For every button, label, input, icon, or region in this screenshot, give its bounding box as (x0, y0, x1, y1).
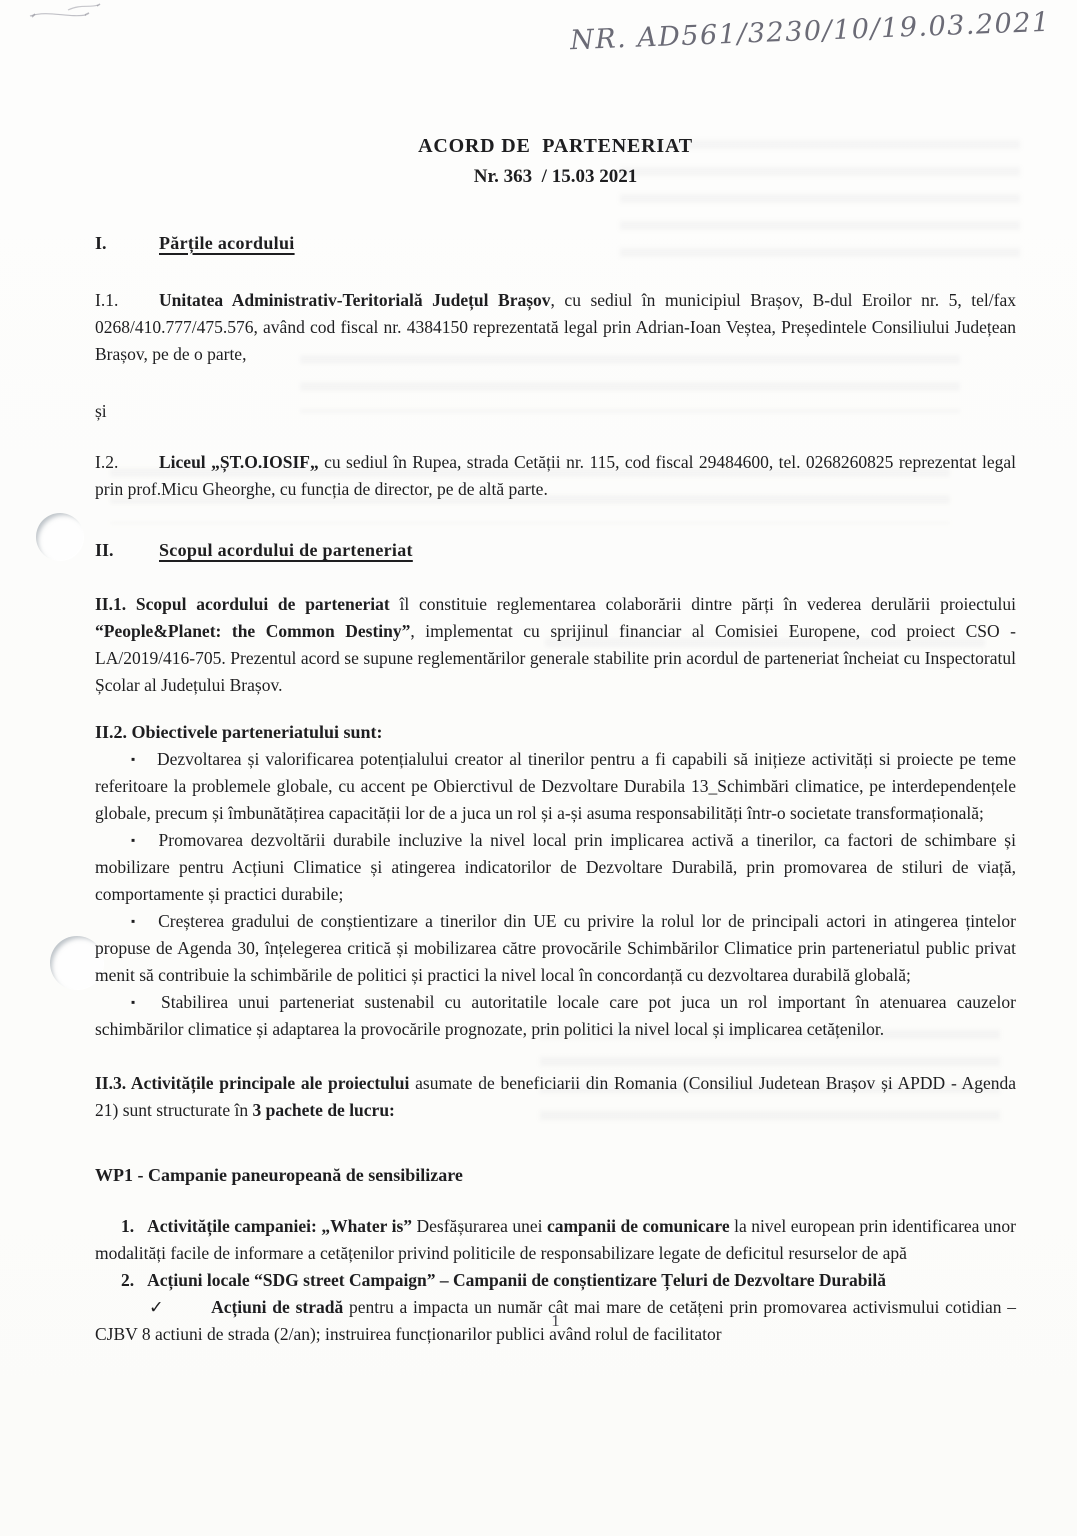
wp1-heading: WP1 - Campanie paneuropeană de sensibili… (95, 1162, 1016, 1189)
square-bullet-icon: ▪ (131, 752, 137, 766)
objective-item: ▪Creșterea gradului de conștientizare a … (95, 908, 1016, 989)
wp1-item-2: 2.Acțiuni locale “SDG street Campaign” –… (95, 1267, 1016, 1294)
paragraph-i2-number: I.2. (95, 449, 159, 476)
paragraph-i1-number: I.1. (95, 287, 159, 314)
section-i-heading: I.Părțile acordului (95, 230, 1016, 257)
objective-item: ▪Promovarea dezvoltării durabile incluzi… (95, 827, 1016, 908)
party-2-name: Liceul „ȘT.O.IOSIF„ (159, 452, 319, 472)
objective-item: ▪Dezvoltarea și valorificarea potențialu… (95, 746, 1016, 827)
document-title: ACORD DE PARTENERIAT (95, 133, 1016, 160)
section-i-number: I. (95, 230, 159, 257)
square-bullet-icon: ▪ (131, 833, 139, 847)
section-ii-title: Scopul acordului de parteneriat (159, 540, 413, 560)
paragraph-ii3: II.3. Activitățile principale ale proiec… (95, 1070, 1016, 1124)
objective-text: Creșterea gradului de conștientizare a t… (95, 911, 1016, 985)
wp1-item-1: 1.Activitățile campaniei: „Whater is” De… (95, 1213, 1016, 1267)
paragraph-i2: I.2.Liceul „ȘT.O.IOSIF„ cu sediul în Rup… (95, 449, 1016, 503)
objective-text: Dezvoltarea și valorificarea potențialul… (95, 749, 1016, 823)
page-number: 1 (95, 1307, 1016, 1334)
paragraph-ii1-lead: II.1. Scopul acordului de parteneriat (95, 594, 390, 614)
punch-hole (36, 513, 84, 561)
local-actions-label: Acțiuni locale “SDG street Campaign” – C… (147, 1270, 886, 1290)
objective-item: ▪Stabilirea unui parteneriat sustenabil … (95, 989, 1016, 1043)
section-i-title: Părțile acordului (159, 233, 295, 253)
objective-text: Stabilirea unui parteneriat sustenabil c… (95, 992, 1016, 1039)
campaign-activities-text: Desfășurarea unei (412, 1216, 547, 1236)
paragraph-ii1-text: îl constituie reglementarea colaborării … (390, 594, 1016, 614)
conjunction-si: și (95, 398, 1016, 425)
document-number-date: Nr. 363 / 15.03 2021 (95, 163, 1016, 190)
item-1-number: 1. (121, 1216, 134, 1236)
section-ii-number: II. (95, 537, 159, 564)
section-ii-heading: II.Scopul acordului de parteneriat (95, 537, 1016, 564)
work-packages-count: 3 pachete de lucru: (252, 1100, 394, 1120)
paragraph-i1: I.1.Unitatea Administrativ-Teritorială J… (95, 287, 1016, 368)
communication-campaign-label: campanii de comunicare (547, 1216, 730, 1236)
objective-text: Promovarea dezvoltării durabile incluziv… (95, 830, 1016, 904)
document-content: ACORD DE PARTENERIAT Nr. 363 / 15.03 202… (95, 0, 1016, 1348)
project-name: “People&Planet: the Common Destiny” (95, 621, 410, 641)
square-bullet-icon: ▪ (131, 914, 138, 928)
paragraph-ii1: II.1. Scopul acordului de parteneriat îl… (95, 591, 1016, 699)
paragraph-ii3-lead: II.3. Activitățile principale ale proiec… (95, 1073, 409, 1093)
paragraph-ii2-heading: II.2. Obiectivele parteneriatului sunt: (95, 719, 1016, 746)
item-2-number: 2. (121, 1270, 134, 1290)
campaign-activities-lead: Activitățile campaniei: „Whater is” (147, 1216, 412, 1236)
scanned-document-page: NR. AD561/3230/10/19.03.2021 ACORD DE PA… (0, 0, 1077, 1536)
title-block: ACORD DE PARTENERIAT Nr. 363 / 15.03 202… (95, 133, 1016, 190)
party-1-name: Unitatea Administrativ-Teritorială Județ… (159, 290, 551, 310)
square-bullet-icon: ▪ (131, 995, 141, 1009)
